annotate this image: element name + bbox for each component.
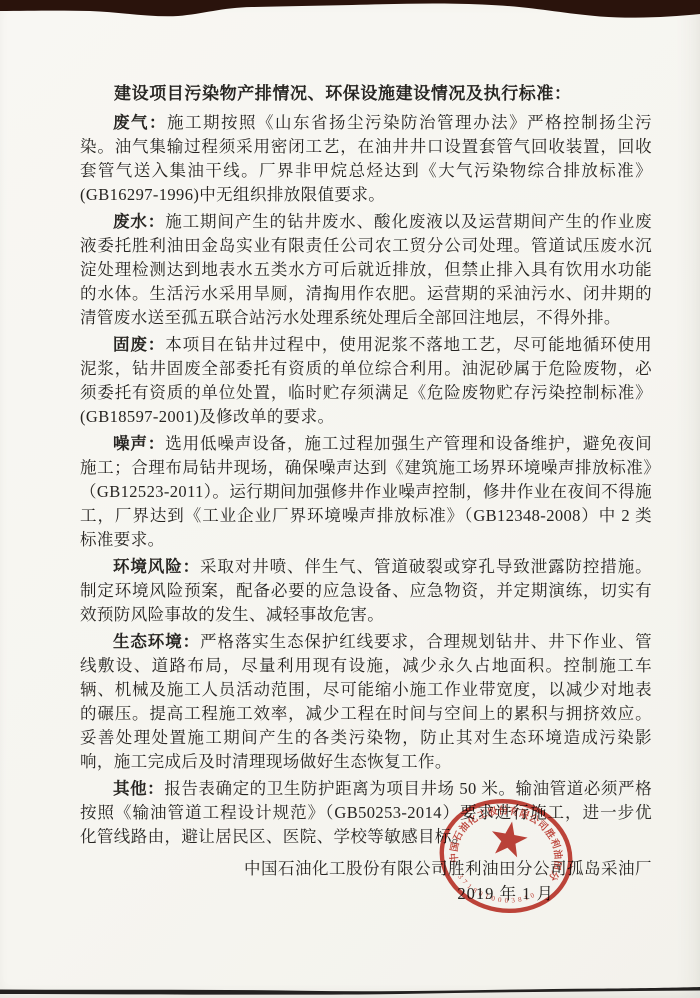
section-label-ecology: 生态环境： [113,632,200,651]
section-label-waste-gas: 废气： [113,113,167,132]
scan-top-edge [0,0,700,28]
signature-date: 2019 年 1 月 [80,881,652,907]
scan-bottom-edge [0,984,700,998]
section-label-solid-waste: 固废： [113,335,165,354]
signature-company: 中国石油化工股份有限公司胜利油田分公司孤岛采油厂 [80,856,652,881]
section-text-waste-water: 施工期间产生的钻井废水、酸化废液以及运营期间产生的作业废液委托胜利油田金岛实业有… [80,212,652,327]
section-environmental-risk: 环境风险：采取对井喷、伴生气、管道破裂或穿孔导致泄露防控措施。制定环境风险预案，… [80,555,652,627]
section-waste-gas: 废气：施工期按照《山东省扬尘污染防治管理办法》严格控制扬尘污染。油气集输过程须采… [80,111,652,207]
section-label-other: 其他： [113,779,164,798]
section-waste-water: 废水：施工期间产生的钻井废水、酸化废液以及运营期间产生的作业废液委托胜利油田金岛… [80,210,652,330]
section-text-noise: 选用低噪声设备，施工过程加强生产管理和设备维护，避免夜间施工；合理布局钻井现场，… [80,434,652,549]
section-noise: 噪声：选用低噪声设备，施工过程加强生产管理和设备维护，避免夜间施工；合理布局钻井… [80,432,652,552]
section-other: 其他：报告表确定的卫生防护距离为项目井场 50 米。输油管道必须严格按照《输油管… [80,777,652,849]
section-solid-waste: 固废：本项目在钻井过程中，使用泥浆不落地工艺，尽可能地循环使用泥浆，钻井固废全部… [80,333,652,429]
section-text-other: 报告表确定的卫生防护距离为项目井场 50 米。输油管道必须严格按照《输油管道工程… [80,779,652,846]
document-body: 建设项目污染物产排情况、环保设施建设情况及执行标准： 废气：施工期按照《山东省扬… [80,82,652,907]
section-label-waste-water: 废水： [113,212,165,231]
document-title: 建设项目污染物产排情况、环保设施建设情况及执行标准： [80,82,652,106]
section-text-solid-waste: 本项目在钻井过程中，使用泥浆不落地工艺，尽可能地循环使用泥浆，钻井固废全部委托有… [80,335,652,426]
section-ecology: 生态环境：严格落实生态保护红线要求，合理规划钻井、井下作业、管线敷设、道路布局，… [80,630,652,774]
signature-block: 中国石油化工股份有限公司胜利油田分公司孤岛采油厂 2019 年 1 月 [80,856,652,907]
scanned-document-page: 建设项目污染物产排情况、环保设施建设情况及执行标准： 废气：施工期按照《山东省扬… [0,0,700,998]
section-text-ecology: 严格落实生态保护红线要求，合理规划钻井、井下作业、管线敷设、道路布局，尽量利用现… [80,632,652,771]
section-label-noise: 噪声： [113,434,165,453]
section-label-environmental-risk: 环境风险： [113,557,200,576]
